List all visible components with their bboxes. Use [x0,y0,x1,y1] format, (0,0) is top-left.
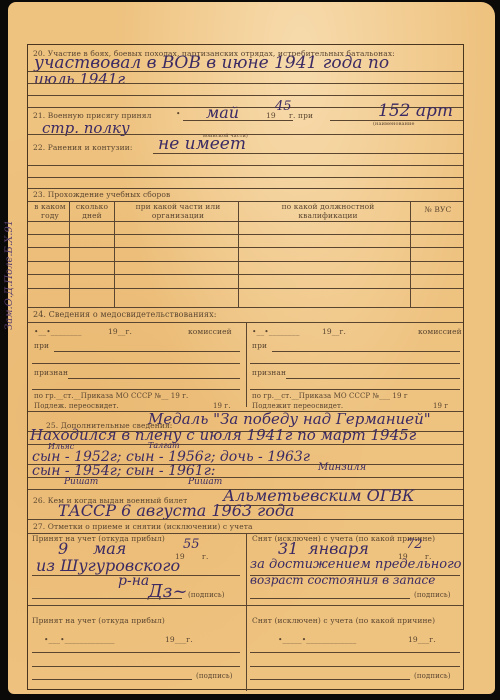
divider [153,153,463,154]
divider [250,363,460,364]
s27-remove1-reason1: за достижением предельного [250,557,462,572]
divider [28,165,463,166]
divider [28,95,463,96]
s27-remove1-month: января [308,539,369,558]
divider [32,389,240,390]
s27-blank-date-1: 19___г. [165,635,193,644]
s23-col-days: сколько дней [73,202,111,220]
s27-blank-date-2: 19___г. [408,635,436,644]
divider [286,378,460,379]
s24-left-at: при [34,341,49,350]
divider [68,378,240,379]
table-row [28,288,463,289]
s24-right-at: при [252,341,267,350]
s27-signature-3: (подпись) [196,672,233,680]
col-divider [69,201,70,307]
s24-right-recheck: Подлежит переосвидет. [252,402,343,410]
s21-unit: 152 арт [378,101,453,121]
col-divider [246,322,247,407]
s27-signature-4: (подпись) [414,672,451,680]
s27-removed-label-2: Снят (исключен) с учета (по какой причин… [252,616,435,625]
s24-right-found: признан [252,368,286,377]
col-divider [114,201,115,307]
s24-left-recheck-year: 19 г. [213,402,231,410]
col-divider [410,201,411,307]
s25-line2: Находился в плену с июля 1941г по март 1… [30,426,416,444]
s24-left-found: признан [34,368,68,377]
s25-name-3: Ришат [64,477,98,487]
divider [183,120,293,121]
divider [28,221,463,222]
divider [28,307,463,308]
s27-accept1-from2: р-на [118,573,149,589]
s25-name-4: Ришат [188,477,222,487]
s24-label: 24. Сведения о медосвидетельствованиях: [33,310,217,319]
divider [32,679,192,680]
s24-left-date: 19__г. [108,327,132,336]
s20-line2: июль 1941г [34,70,125,88]
s27-label: 27. Отметки о приеме и снятии (исключени… [33,522,253,531]
s27-accept1-from1: из Шугуровского [36,556,180,575]
s24-right-recheck-year: 19 г [433,402,448,410]
divider [28,605,463,606]
s21-date-sep: • [176,109,181,118]
s27-accept1-suffix: г. [202,552,209,561]
table-row [28,247,463,248]
s27-remove1-day: 31 [278,539,298,558]
s27-accept1-year: 55 [183,537,200,552]
s27-signature-2: (подпись) [414,591,451,599]
divider [28,177,463,178]
s22-value: не имеет [158,134,246,154]
divider [32,363,240,364]
s24-right-date: 19__г. [322,327,346,336]
s24-left-order: по гр.__ст.__Приказа МО СССР №__ 19 г. [34,392,188,400]
divider [32,666,240,667]
divider [28,444,463,445]
divider [272,351,460,352]
divider [250,598,410,599]
side-note: Зам.О.Д.Поле.Б.Х.91 [4,220,15,330]
divider [32,598,182,599]
table-row [28,261,463,262]
s27-signature-1: (подпись) [188,591,225,599]
s26-line2: ТАССР 6 августа 1963 года [58,501,295,520]
s23-label: 23. Прохождение учебных сборов [33,190,170,199]
s24-right-order: по гр.__ст.__Приказа МО СССР №___ 19 г [252,392,408,400]
divider [250,679,410,680]
divider [28,519,463,520]
col-divider [246,533,247,691]
s22-label: 22. Ранения и контузии: [33,143,132,152]
s23-col-unit: при какой части или организации [123,202,233,220]
table-row [28,274,463,275]
table-row [28,234,463,235]
s24-left-commission: комиссией [188,327,232,336]
s27-remove1-reason2: возраст состояния в запасе [250,573,435,587]
military-id-form: 20. Участие в боях, боевых походах, парт… [27,44,464,690]
divider [54,351,240,352]
s24-left-recheck: Подлеж. переосвидет. [34,402,119,410]
s27-accepted-label-2: Принят на учет (откуда прибыл) [32,616,165,625]
divider [28,83,463,84]
col-divider [238,201,239,307]
s21-hint-name: (наименование [373,121,415,127]
s23-col-qual: по какой должностной квалификации [253,202,403,220]
divider [250,666,460,667]
s25-line4-name: Минзиля [318,462,366,473]
s24-right-commission: комиссией [418,327,462,336]
s27-remove1-year: 72 [406,537,423,552]
divider [250,389,460,390]
divider [28,188,463,189]
s21-year-suffix: г. при [289,111,313,120]
s23-col-vus: № ВУС [418,205,458,214]
s23-col-year: в каком году [32,202,68,220]
divider [32,652,240,653]
divider [250,652,460,653]
